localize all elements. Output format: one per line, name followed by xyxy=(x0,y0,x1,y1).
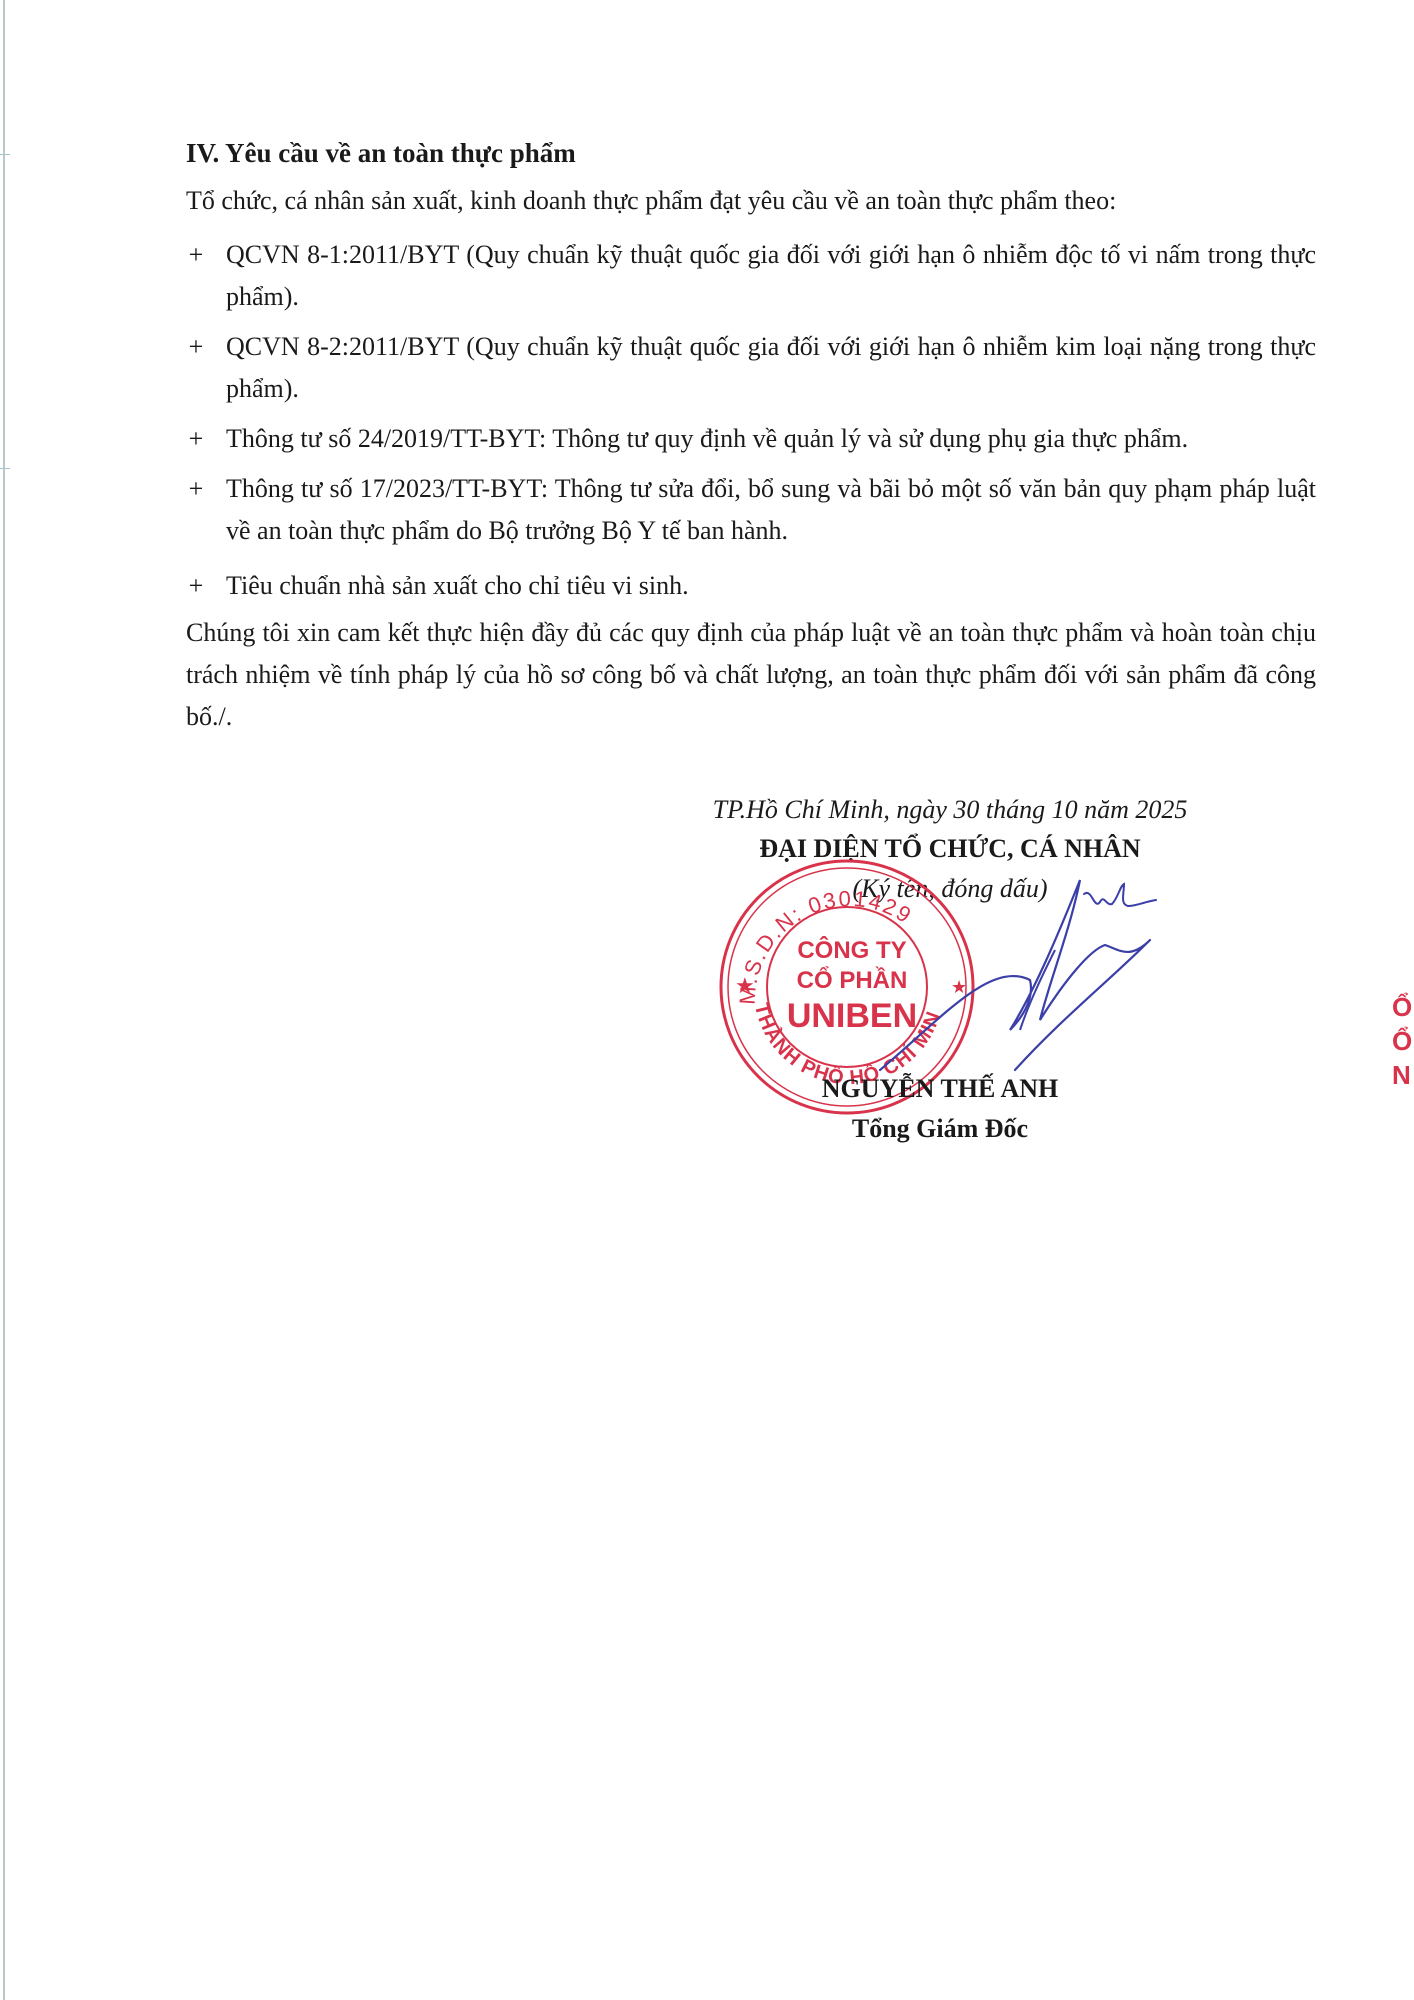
scan-edge-line xyxy=(3,0,5,2000)
signatory-name: NGUYỄN THẾ ANH xyxy=(700,1074,1180,1104)
scan-edge-tick xyxy=(0,468,10,469)
scan-edge-tick xyxy=(0,154,10,155)
commitment-paragraph: Chúng tôi xin cam kết thực hiện đầy đủ c… xyxy=(186,612,1316,738)
bullet-marker: + xyxy=(186,234,206,276)
partial-stamp-char: Ổ xyxy=(1392,990,1414,1024)
bullet-marker: + xyxy=(186,326,206,368)
signatory-role: Tổng Giám Đốc xyxy=(700,1114,1180,1144)
partial-stamp-char: Ổ xyxy=(1392,1024,1414,1058)
bullet-marker: + xyxy=(186,468,206,510)
partial-stamp-edge: Ổ Ổ N xyxy=(1392,950,1414,1200)
bullet-marker: + xyxy=(186,565,206,607)
initials-mark xyxy=(1080,880,1160,920)
intro-paragraph: Tổ chức, cá nhân sản xuất, kinh doanh th… xyxy=(186,186,1116,216)
place-date: TP.Hồ Chí Minh, ngày 30 tháng 10 năm 202… xyxy=(640,795,1260,825)
requirement-text: QCVN 8-2:2011/BYT (Quy chuẩn kỹ thuật qu… xyxy=(226,326,1316,410)
requirement-text: QCVN 8-1:2011/BYT (Quy chuẩn kỹ thuật qu… xyxy=(226,234,1316,318)
svg-text:★: ★ xyxy=(735,974,755,999)
bullet-marker: + xyxy=(186,418,206,460)
partial-stamp-char: N xyxy=(1392,1058,1414,1092)
requirement-text: Thông tư số 17/2023/TT-BYT: Thông tư sửa… xyxy=(226,468,1316,552)
section-heading: IV. Yêu cầu về an toàn thực phẩm xyxy=(186,138,576,169)
requirement-text: Thông tư số 24/2019/TT-BYT: Thông tư quy… xyxy=(226,418,1316,460)
requirement-text: Tiêu chuẩn nhà sản xuất cho chỉ tiêu vi … xyxy=(226,565,1316,607)
